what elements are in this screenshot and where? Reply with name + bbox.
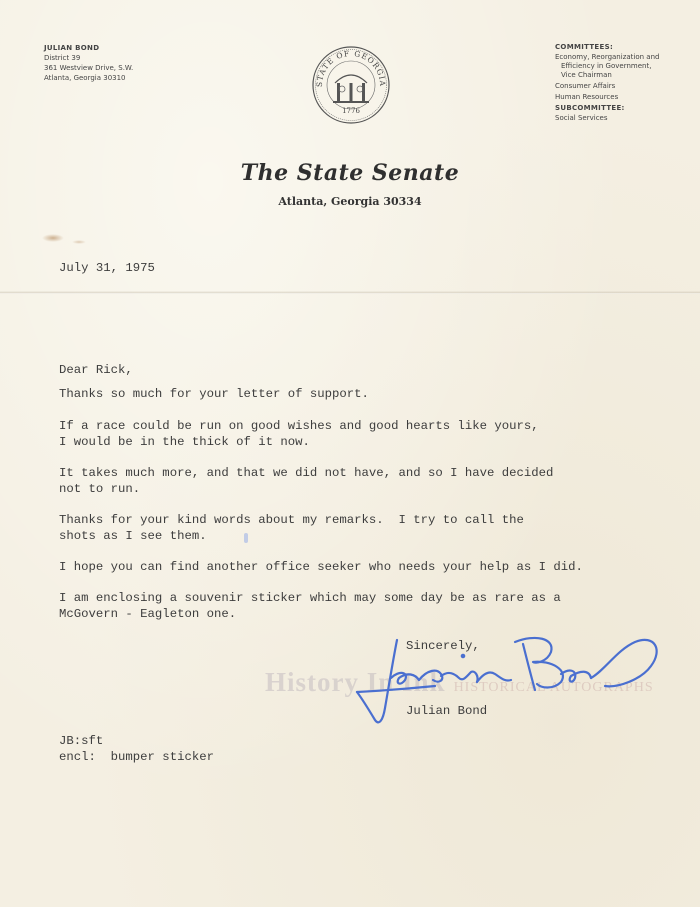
committee-item: Consumer Affairs bbox=[555, 82, 659, 91]
ink-mark bbox=[244, 533, 248, 543]
subcommittee-header: SUBCOMMITTEE: bbox=[555, 104, 659, 113]
paragraph: Thanks for your kind words about my rema… bbox=[59, 512, 524, 544]
letter-date: July 31, 1975 bbox=[59, 260, 155, 276]
paragraph: If a race could be run on good wishes an… bbox=[59, 418, 539, 450]
sender-name: JULIAN BOND bbox=[44, 43, 133, 53]
subcommittee-item: Social Services bbox=[555, 114, 659, 123]
paragraph: It takes much more, and that we did not … bbox=[59, 465, 553, 497]
enclosure-note: encl: bumper sticker bbox=[59, 749, 214, 765]
fold-crease bbox=[0, 291, 700, 294]
paragraph: I hope you can find another office seeke… bbox=[59, 559, 583, 575]
committees-block: COMMITTEES: Economy, Reorganization and … bbox=[555, 43, 659, 125]
svg-text:STATE OF GEORGIA: STATE OF GEORGIA bbox=[315, 49, 387, 87]
letter-paper bbox=[0, 0, 700, 907]
paragraph: I am enclosing a souvenir sticker which … bbox=[59, 590, 561, 622]
sender-district: District 39 bbox=[44, 53, 133, 63]
committees-header: COMMITTEES: bbox=[555, 43, 659, 52]
paper-stain bbox=[72, 240, 86, 244]
signature-name: Julian Bond bbox=[406, 703, 487, 719]
salutation: Dear Rick, bbox=[59, 362, 133, 378]
svg-text:1776: 1776 bbox=[342, 107, 360, 115]
paragraph: Thanks so much for your letter of suppor… bbox=[59, 386, 369, 402]
sender-block: JULIAN BOND District 39 361 Westview Dri… bbox=[44, 43, 133, 83]
senate-title: The State Senate bbox=[0, 160, 700, 186]
paper-stain bbox=[42, 234, 64, 242]
committee-item: Economy, Reorganization and Efficiency i… bbox=[555, 53, 659, 80]
handwritten-signature bbox=[355, 630, 675, 730]
sender-city: Atlanta, Georgia 30310 bbox=[44, 73, 133, 83]
reference-initials: JB:sft bbox=[59, 733, 103, 749]
committee-item: Human Resources bbox=[555, 93, 659, 102]
senate-address: Atlanta, Georgia 30334 bbox=[0, 195, 700, 208]
sender-street: 361 Westview Drive, S.W. bbox=[44, 63, 133, 73]
georgia-seal-icon: STATE OF GEORGIA 1776 bbox=[311, 45, 391, 125]
